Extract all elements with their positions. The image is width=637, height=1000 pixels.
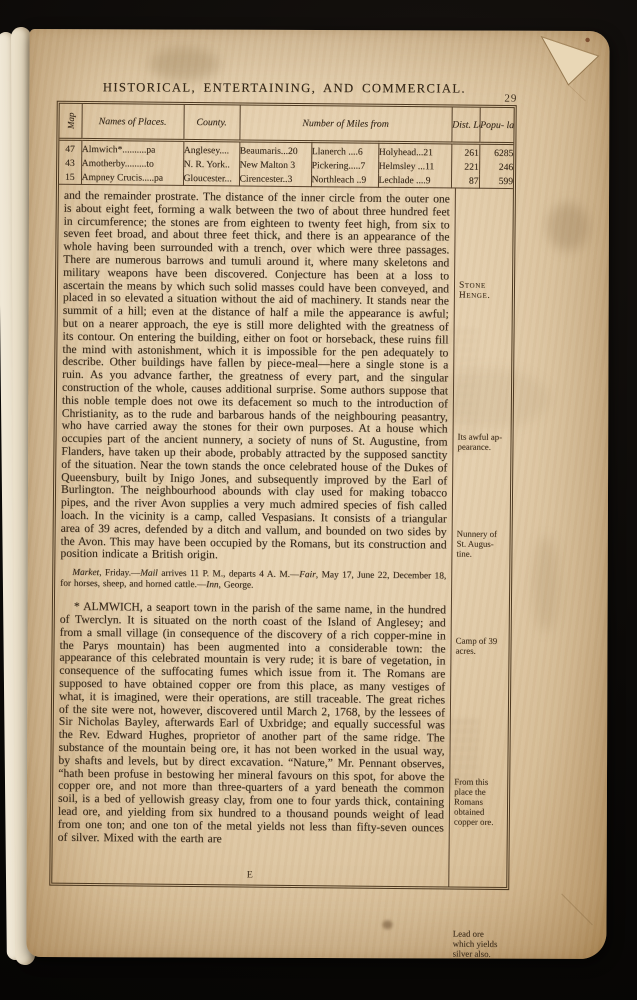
- cell-miles-1: New Malton 3: [239, 158, 311, 173]
- cell-county: Anglesey....: [183, 140, 239, 158]
- header-map-label: Map: [65, 112, 75, 129]
- page-stain: [149, 47, 219, 81]
- cell-distance-london: 221: [451, 160, 479, 174]
- page-frame: Map Names of Places. County. Number of M…: [49, 101, 517, 890]
- signature-mark: E: [52, 868, 448, 883]
- cell-miles-3: Helmsley ...11: [378, 160, 451, 175]
- cell-county: N. R. York..: [183, 158, 239, 173]
- book-photo-background: { "page": { "header_title": "HISTORICAL,…: [0, 0, 637, 1000]
- margin-note-stone-henge: Stone Henge.: [459, 281, 511, 301]
- almwich-paragraph: * ALMWICH, a seaport town in the parish …: [58, 601, 446, 848]
- page-stain: [547, 203, 589, 251]
- cell-population: 6285: [479, 143, 513, 161]
- cell-distance-london: 261: [451, 143, 479, 161]
- market-fair-line: Market, Friday.—Mail arrives 11 P. M., d…: [60, 568, 446, 593]
- cell-map: 43: [59, 157, 81, 171]
- cell-map: 47: [59, 139, 81, 157]
- cell-population: 246: [479, 161, 513, 175]
- cell-miles-1: Beaumaris...20: [239, 141, 311, 159]
- cell-place-name: Almwich*..........pa: [81, 139, 183, 157]
- stonehenge-paragraph: and the remainder prostrate. The distanc…: [60, 190, 450, 565]
- header-county: County.: [183, 105, 239, 141]
- cell-miles-2: Pickering.....7: [311, 159, 378, 174]
- page-stain: [533, 536, 559, 632]
- table-header-row: Map Names of Places. County. Number of M…: [59, 104, 513, 144]
- margin-note-camp: Camp of 39 acres.: [455, 636, 507, 656]
- text-region: and the remainder prostrate. The distanc…: [52, 184, 513, 887]
- header-map: Map: [59, 104, 81, 140]
- page-number: 29: [429, 92, 517, 104]
- margin-note-romans-copper: From this place the Romans obtained copp…: [454, 777, 506, 827]
- margin-note-lead-ore: Lead ore which yields silver also.: [453, 929, 505, 959]
- book-page: HISTORICAL, ENTERTAINING, AND COMMERCIAL…: [26, 29, 609, 959]
- main-text-column: and the remainder prostrate. The distanc…: [52, 185, 456, 887]
- ink-speck: [585, 38, 589, 42]
- page-stain: [382, 920, 392, 929]
- gazetteer-table: Map Names of Places. County. Number of M…: [59, 104, 514, 189]
- header-distance-london: Dist. Lond: [451, 107, 479, 143]
- corner-crease: [561, 894, 592, 925]
- cell-place-name: Amotherby.........to: [81, 157, 183, 172]
- cell-miles-3: Holyhead...21: [378, 142, 451, 160]
- margin-note-awful-appearance: Its awful ap- pearance.: [457, 432, 509, 452]
- cell-miles-2: Llanerch ....6: [311, 142, 378, 160]
- header-population: Popu- lation.: [479, 108, 513, 144]
- header-miles-from: Number of Miles from: [239, 105, 451, 143]
- header-names-of-places: Names of Places.: [81, 104, 183, 140]
- margin-note-nunnery: Nunnery of St. Augus- tine.: [456, 529, 508, 559]
